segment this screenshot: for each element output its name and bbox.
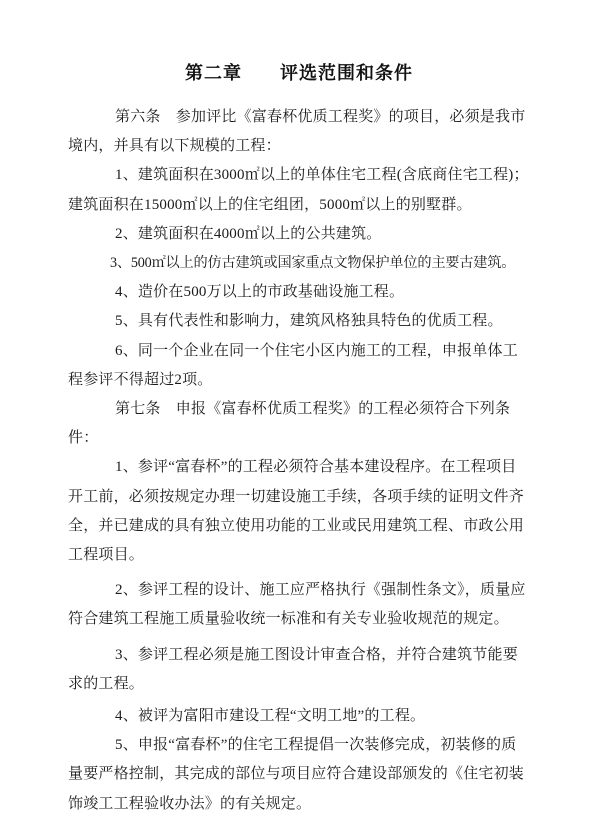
paragraph-a6-item-6: 6、同一个企业在同一个住宅小区内施工的工程，申报单体工程参评不得超过2项。 xyxy=(68,337,530,395)
paragraph-a7-item-4: 4、被评为富阳市建设工程“文明工地”的工程。 xyxy=(68,702,530,731)
paragraph-article-7-intro: 第七条 申报《富春杯优质工程奖》的工程必须符合下列条件： xyxy=(68,395,530,453)
paragraph-article-6-intro: 第六条 参加评比《富春杯优质工程奖》的项目，必须是我市境内，并具有以下规模的工程… xyxy=(68,103,530,161)
paragraph-a6-item-2: 2、建筑面积在4000㎡以上的公共建筑。 xyxy=(68,220,530,249)
paragraph-a7-item-3: 3、参评工程必须是施工图设计审查合格，并符合建筑节能要求的工程。 xyxy=(68,641,530,699)
paragraph-a7-item-5: 5、申报“富春杯”的住宅工程提倡一次装修完成，初装修的质量要严格控制，其完成的部… xyxy=(68,731,530,819)
paragraph-a6-item-4: 4、造价在500万以上的市政基础设施工程。 xyxy=(68,278,530,307)
chapter-title: 第二章 评选范围和条件 xyxy=(68,60,530,86)
paragraph-a6-item-5: 5、具有代表性和影响力，建筑风格独具特色的优质工程。 xyxy=(68,307,530,336)
document-page: 第二章 评选范围和条件 第六条 参加评比《富春杯优质工程奖》的项目，必须是我市境… xyxy=(0,0,590,835)
paragraph-a7-item-2: 2、参评工程的设计、施工应严格执行《强制性条文》，质量应符合建筑工程施工质量验收… xyxy=(68,576,530,634)
paragraph-a6-item-3: 3、500㎡以上的仿古建筑或国家重点文物保护单位的主要古建筑。 xyxy=(68,249,530,278)
paragraph-a7-item-1: 1、参评“富春杯”的工程必须符合基本建设程序。在工程项目开工前，必须按规定办理一… xyxy=(68,453,530,570)
paragraph-a6-item-1: 1、建筑面积在3000㎡以上的单体住宅工程(含底商住宅工程)；建筑面积在1500… xyxy=(68,161,530,219)
